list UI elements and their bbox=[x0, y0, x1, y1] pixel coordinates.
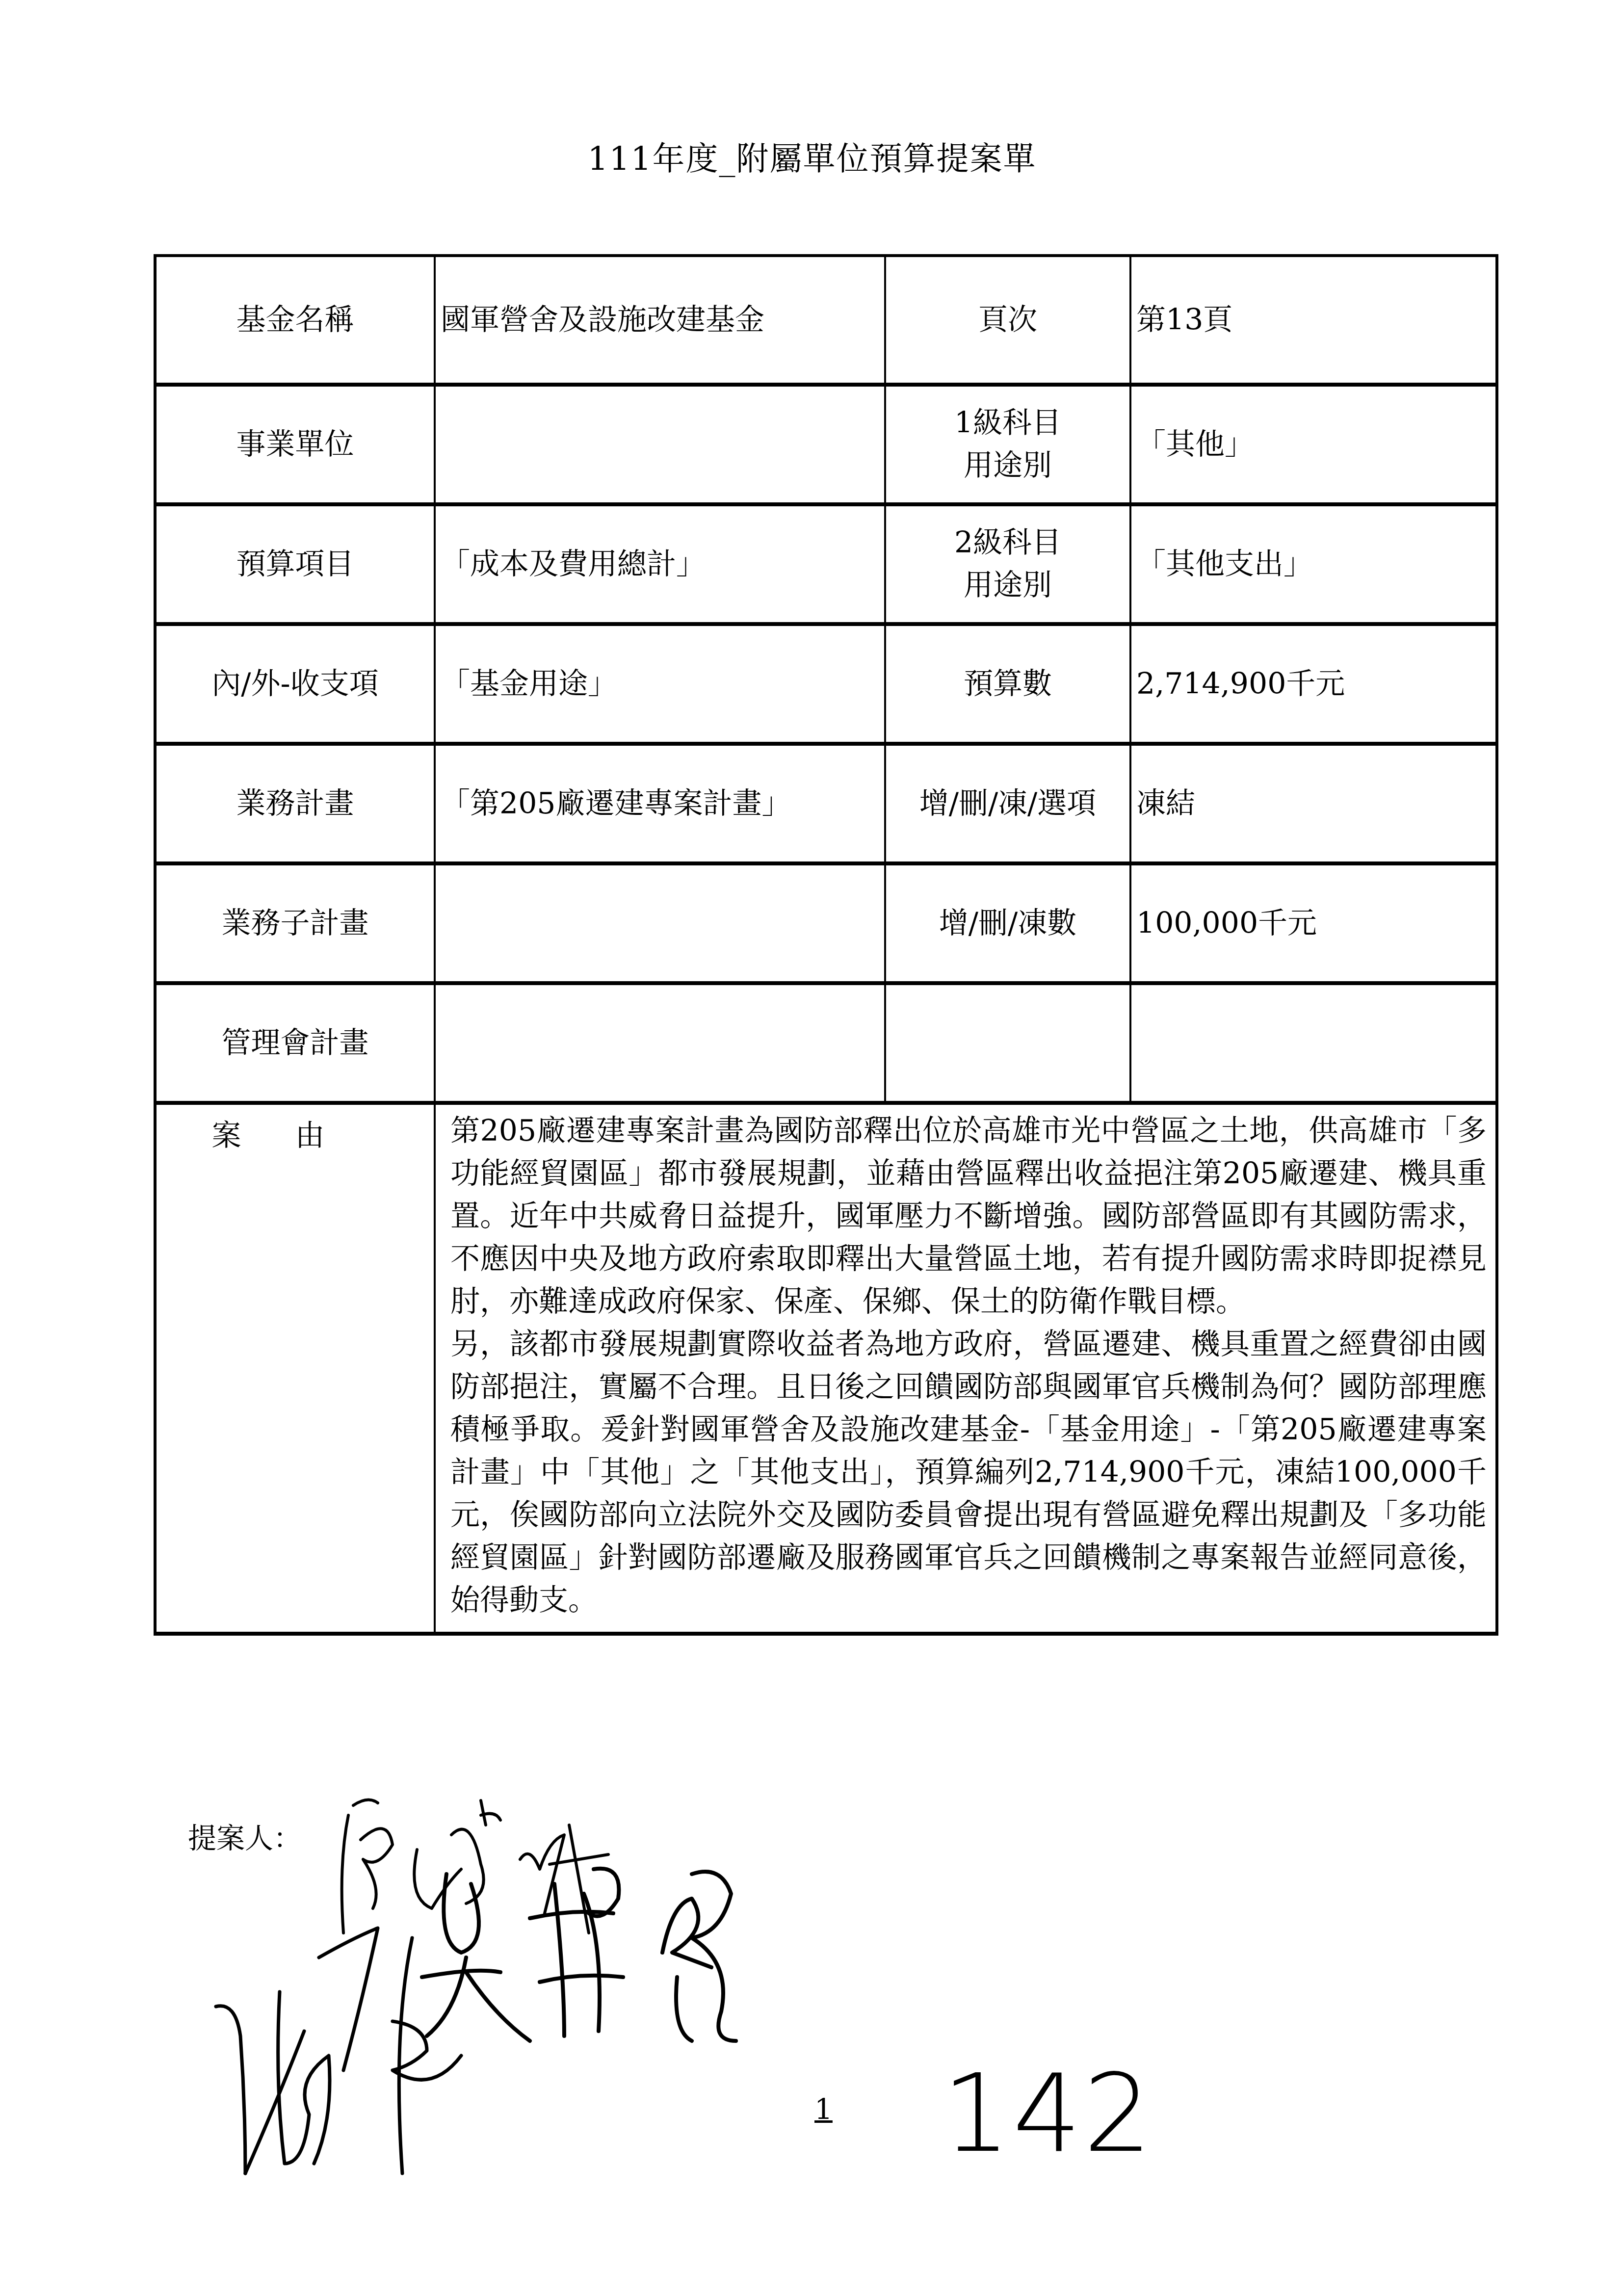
page-number: 1 bbox=[814, 2092, 833, 2126]
case-paragraph-1: 第205廠遷建專案計畫為國防部釋出位於高雄市光中營區之土地，供高雄市「多功能經貿… bbox=[450, 1110, 1487, 1323]
signature-3-icon bbox=[206, 1908, 559, 2183]
form-row-income-expense: 內/外-收支項 「基金用途」 預算數 2,714,900千元 bbox=[155, 624, 1497, 744]
value-business-subplan bbox=[435, 863, 885, 983]
label-management-plan: 管理會計畫 bbox=[155, 983, 435, 1103]
label-income-expense: 內/外-收支項 bbox=[155, 624, 435, 744]
label-fund-name: 基金名稱 bbox=[155, 256, 435, 385]
value-business-unit bbox=[435, 385, 885, 504]
label-level1-subject: 1級科目 用途別 bbox=[885, 385, 1130, 504]
value-page: 第13頁 bbox=[1130, 256, 1497, 385]
value-income-expense: 「基金用途」 bbox=[435, 624, 885, 744]
value-level1-subject: 「其他」 bbox=[1130, 385, 1497, 504]
label-page: 頁次 bbox=[885, 256, 1130, 385]
case-reason-text: 第205廠遷建專案計畫為國防部釋出位於高雄市光中營區之土地，供高雄市「多功能經貿… bbox=[435, 1103, 1497, 1634]
label-budget-item: 預算項目 bbox=[155, 504, 435, 624]
form-row-business-plan: 業務計畫 「第205廠遷建專案計畫」 增/刪/凍/選項 凍結 bbox=[155, 744, 1497, 863]
value-action-amount: 100,000千元 bbox=[1130, 863, 1497, 983]
label-budget-amount: 預算數 bbox=[885, 624, 1130, 744]
handwritten-number: 142 bbox=[942, 2051, 1154, 2176]
label-action-option: 增/刪/凍/選項 bbox=[885, 744, 1130, 863]
form-row-case-reason: 案由 第205廠遷建專案計畫為國防部釋出位於高雄市光中營區之土地，供高雄市「多功… bbox=[155, 1103, 1497, 1634]
form-row-business-subplan: 業務子計畫 增/刪/凍數 100,000千元 bbox=[155, 863, 1497, 983]
value-level2-subject: 「其他支出」 bbox=[1130, 504, 1497, 624]
value-action-option: 凍結 bbox=[1130, 744, 1497, 863]
proposal-form-table: 基金名稱 國軍營舍及設施改建基金 頁次 第13頁 事業單位 1級科目 用途別 「… bbox=[154, 254, 1498, 1636]
empty-cell bbox=[1130, 983, 1497, 1103]
label-business-subplan: 業務子計畫 bbox=[155, 863, 435, 983]
form-row-budget-item: 預算項目 「成本及費用總計」 2級科目 用途別 「其他支出」 bbox=[155, 504, 1497, 624]
value-budget-amount: 2,714,900千元 bbox=[1130, 624, 1497, 744]
form-row-management-plan: 管理會計畫 bbox=[155, 983, 1497, 1103]
value-fund-name: 國軍營舍及設施改建基金 bbox=[435, 256, 885, 385]
document-title: 111年度_附屬單位預算提案單 bbox=[0, 132, 1624, 179]
form-row-business-unit: 事業單位 1級科目 用途別 「其他」 bbox=[155, 385, 1497, 504]
label-business-plan: 業務計畫 bbox=[155, 744, 435, 863]
value-business-plan: 「第205廠遷建專案計畫」 bbox=[435, 744, 885, 863]
empty-cell bbox=[885, 983, 1130, 1103]
value-budget-item: 「成本及費用總計」 bbox=[435, 504, 885, 624]
form-row-fund-name: 基金名稱 國軍營舍及設施改建基金 頁次 第13頁 bbox=[155, 256, 1497, 385]
label-action-amount: 增/刪/凍數 bbox=[885, 863, 1130, 983]
signature-2-icon bbox=[417, 1854, 819, 2080]
value-management-plan bbox=[435, 983, 885, 1103]
label-case-reason: 案由 bbox=[155, 1103, 435, 1634]
label-level2-subject: 2級科目 用途別 bbox=[885, 504, 1130, 624]
signature-1-icon bbox=[334, 1786, 726, 1943]
label-level1-subject-text: 1級科目 用途別 bbox=[954, 406, 1061, 483]
label-level2-subject-text: 2級科目 用途別 bbox=[954, 525, 1061, 602]
case-paragraph-2: 另，該都市發展規劃實際收益者為地方政府，營區遷建、機具重置之經費卻由國防部挹注，… bbox=[450, 1323, 1487, 1622]
label-business-unit: 事業單位 bbox=[155, 385, 435, 504]
proposer-label: 提案人： bbox=[188, 1815, 302, 1856]
